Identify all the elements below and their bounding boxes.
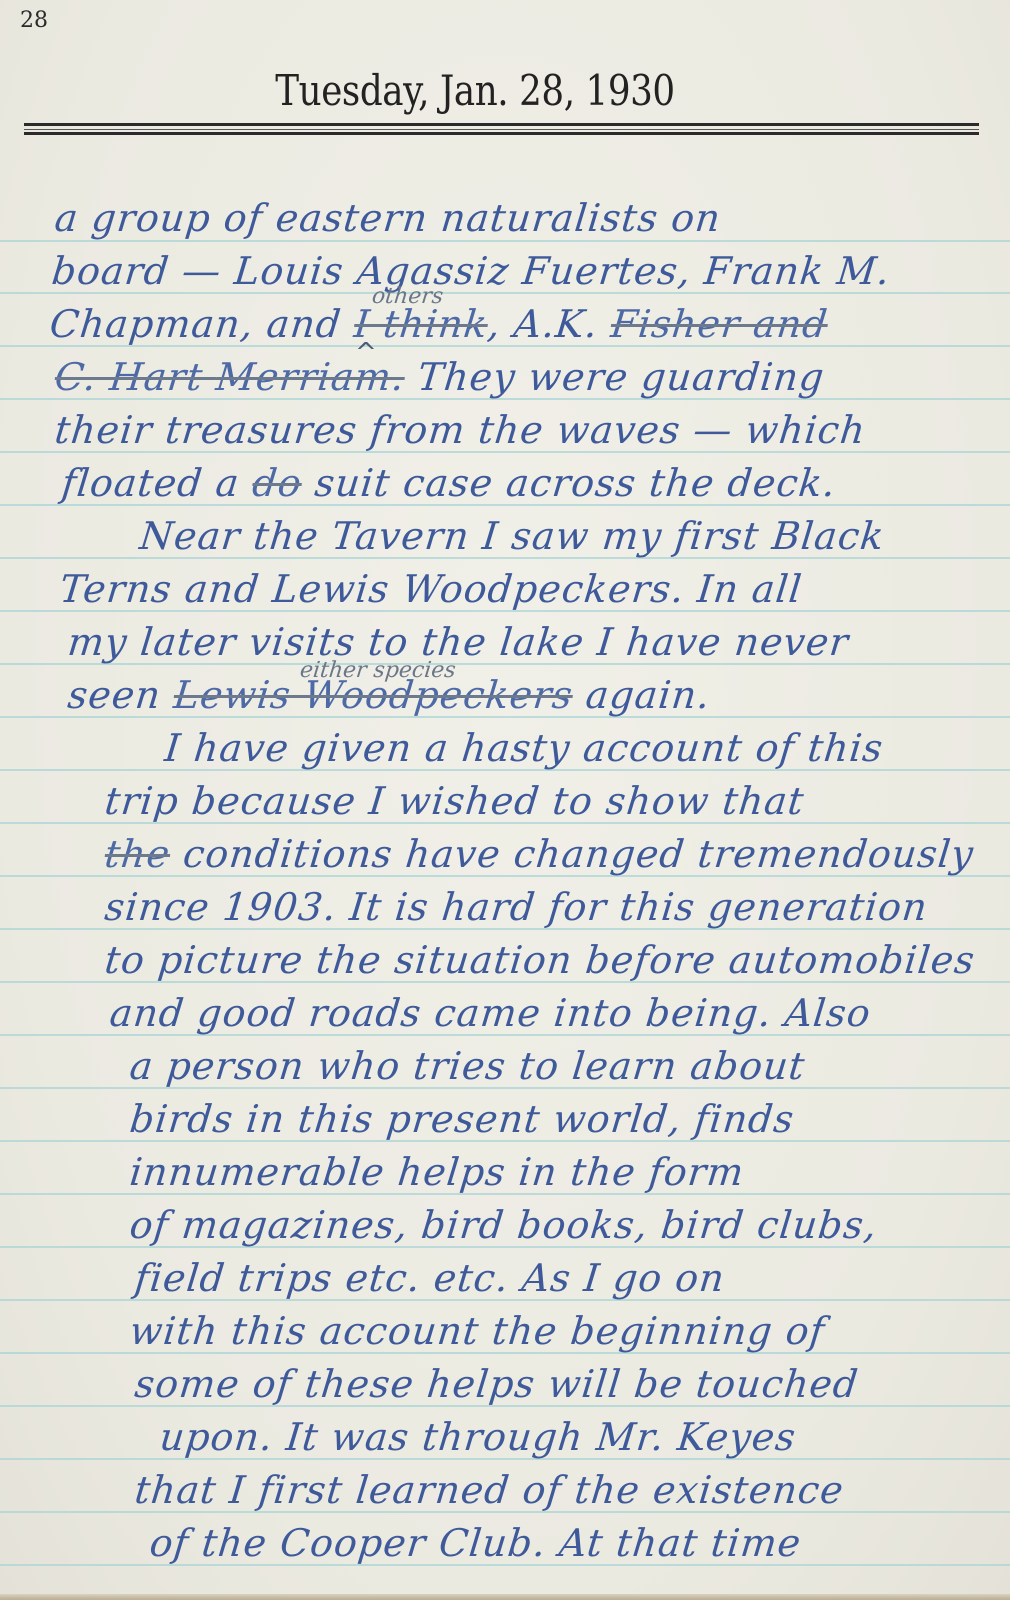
entry-line: Near the Tavern I saw my first Black <box>138 514 887 558</box>
entry-line: some of these helps will be touched <box>133 1362 861 1406</box>
entry-line: with this account the beginning of <box>128 1309 828 1353</box>
entry-line: trip because I wished to show that <box>103 779 807 823</box>
entry-line: my later visits to the lake I have never <box>66 620 851 664</box>
diary-page: 28 Tuesday, Jan. 28, 1930 <box>0 0 1010 1600</box>
struck-text: I think <box>352 302 490 346</box>
entry-line: field trips etc. etc. As I go on <box>133 1256 728 1300</box>
struck-text: the <box>103 832 173 876</box>
struck-text: do <box>250 461 304 505</box>
struck-text: Merriam. <box>214 355 407 399</box>
struck-text: Lewis Woodpeckers <box>172 673 575 717</box>
entry-line: the conditions have changed tremendously <box>103 832 976 876</box>
entry-line: a group of eastern naturalists on <box>53 196 723 240</box>
struck-text: C. Hart <box>53 355 219 399</box>
entry-line: of the Cooper Club. At that time <box>148 1521 804 1565</box>
entry-line: their treasures from the waves — which <box>53 408 868 452</box>
struck-text: Fisher and <box>609 302 830 346</box>
entry-line: that I first learned of the existence <box>133 1468 846 1512</box>
entry-line: floated a do suit case across the deck. <box>60 461 839 505</box>
entry-line: of magazines, bird books, bird clubs, <box>128 1203 880 1247</box>
entry-line: birds in this present world, finds <box>128 1097 797 1141</box>
entry-line: a person who tries to learn about <box>128 1044 808 1088</box>
entry-line: Chapman, and I think, A.K. Fisher and <box>48 302 830 346</box>
entry-line: Terns and Lewis Woodpeckers. In all <box>58 567 805 611</box>
entry-line: and good roads came into being. Also <box>108 991 874 1035</box>
entry-line: upon. It was through Mr. Keyes <box>158 1415 799 1459</box>
entry-line: innumerable helps in the form <box>128 1150 747 1194</box>
page-bottom-edge <box>0 1594 1010 1600</box>
entry-line: since 1903. It is hard for this generati… <box>103 885 930 929</box>
entry-line: to picture the situation before automobi… <box>103 938 978 982</box>
entry-line: board — Louis Agassiz Fuertes, Frank M. <box>50 249 893 293</box>
entry-line: C. Hart Merriam. They were guarding <box>53 355 827 399</box>
entry-line: seen Lewis Woodpeckers again. <box>66 673 713 717</box>
handwritten-entry: a group of eastern naturalists on board … <box>0 0 1010 1600</box>
entry-line: I have given a hasty account of this <box>163 726 886 770</box>
